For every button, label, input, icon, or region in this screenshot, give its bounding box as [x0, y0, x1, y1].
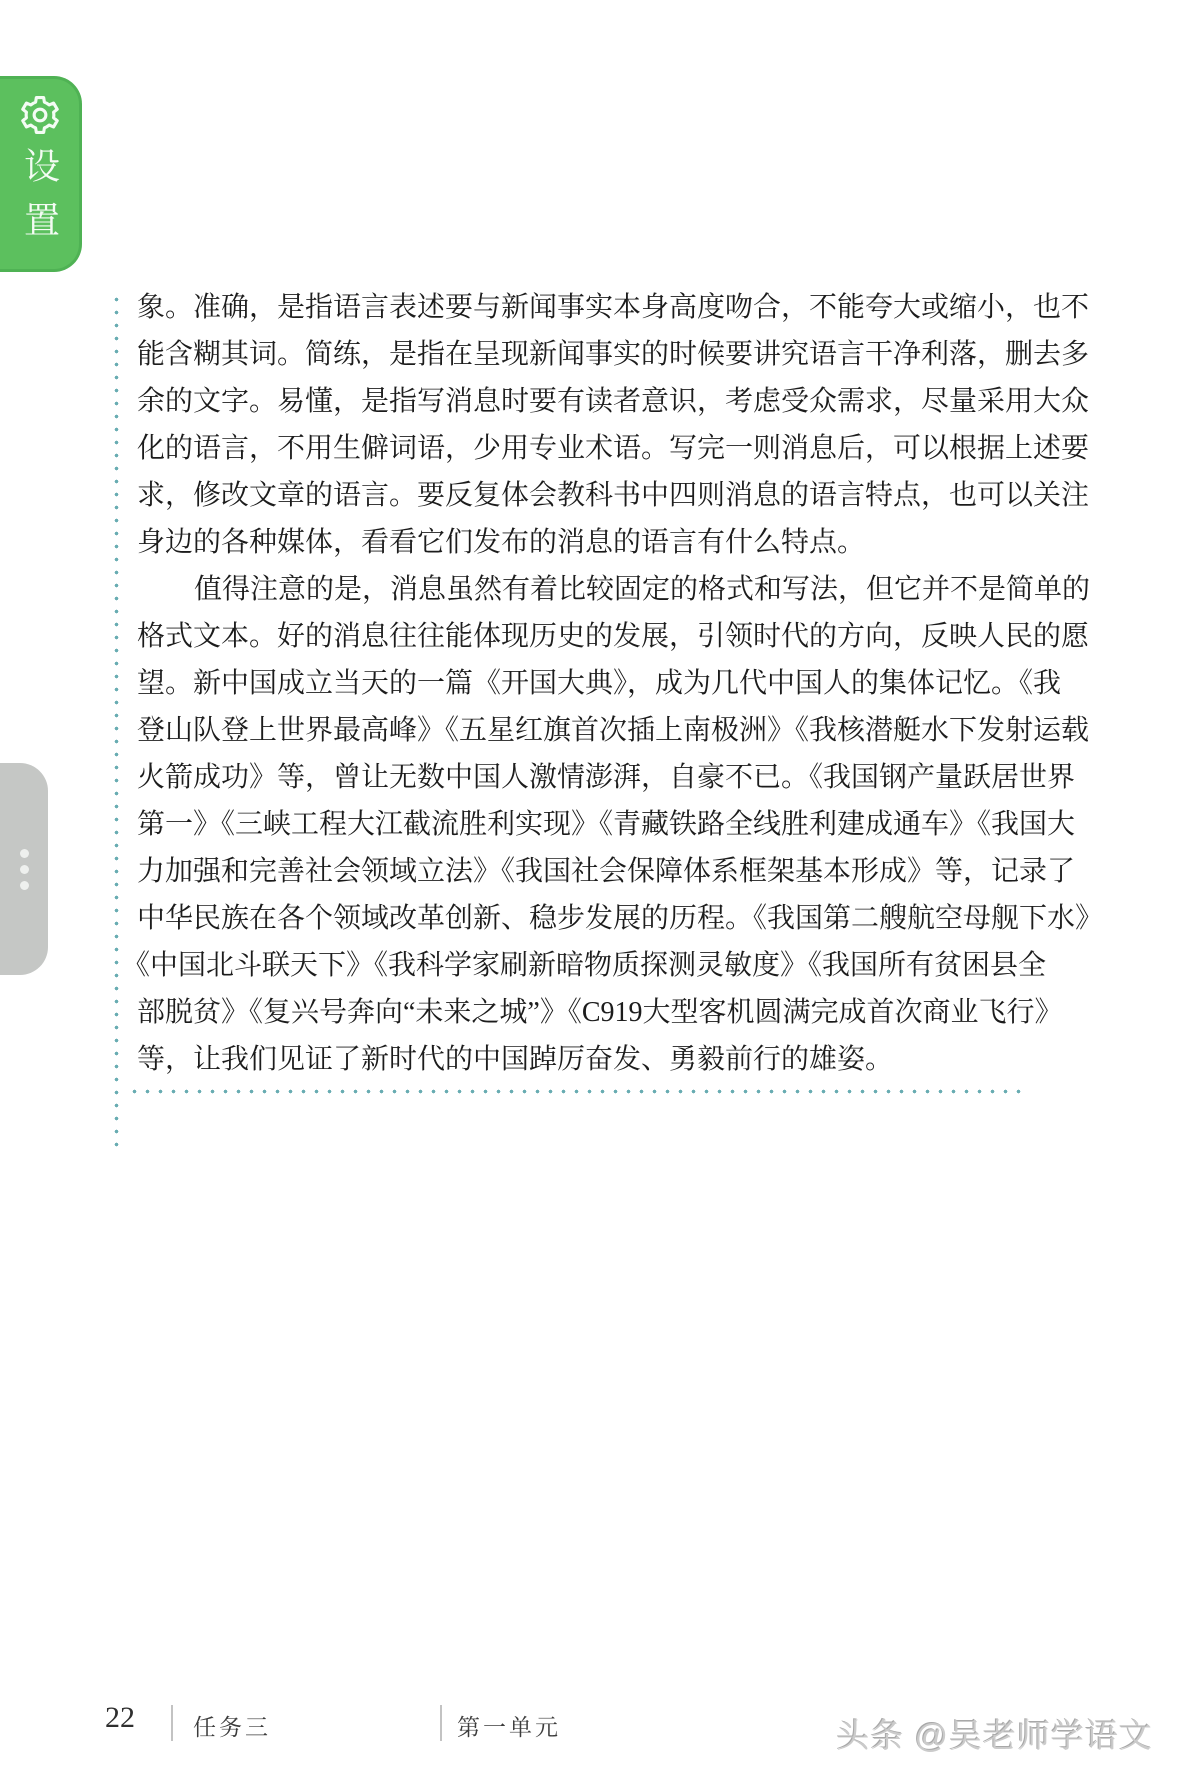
body-text-line: 部脱贫》《复兴号奔向“未来之城”》《C919大型客机圆满完成首次商业飞行》: [137, 989, 1000, 1036]
settings-button-label: 设置: [22, 147, 58, 255]
body-text-line: 火箭成功》等，曾让无数中国人激情澎湃，自豪不已。《我国钢产量跃居世界: [137, 754, 1000, 801]
body-text-line: 望。新中国成立当天的一篇《开国大典》，成为几代中国人的集体记忆。《我: [137, 660, 1000, 707]
gear-icon: [18, 93, 62, 137]
body-text-line: 《中国北斗联天下》《我科学家刷新暗物质探测灵敏度》《我国所有贫困县全: [122, 942, 1000, 989]
footer-unit-label: 第一单元: [457, 1709, 561, 1742]
body-text-line: 能含糊其词。简练，是指在呈现新闻事实的时候要讲究语言干净利落，删去多: [137, 331, 1000, 378]
body-text-line: 余的文字。易懂，是指写消息时要有读者意识，考虑受众需求，尽量采用大众: [137, 378, 1000, 425]
body-text-line: 力加强和完善社会领域立法》《我国社会保障体系框架基本形成》等，记录了: [137, 848, 1000, 895]
horizontal-dotted-rule: [128, 1089, 1026, 1094]
body-text-line: 象。准确，是指语言表述要与新闻事实本身高度吻合，不能夸大或缩小，也不: [137, 284, 1000, 331]
footer-section-label: 任务三: [193, 1709, 271, 1742]
vertical-dotted-rule: [114, 293, 119, 1155]
drag-dot-icon: [20, 865, 29, 874]
watermark: 头条 @吴老师学语文: [836, 1710, 1153, 1757]
body-text-line: 求，修改文章的语言。要反复体会教科书中四则消息的语言特点，也可以关注: [137, 472, 1000, 519]
drag-dot-icon: [20, 849, 29, 858]
drag-dot-icon: [20, 881, 29, 890]
body-text: 象。准确，是指语言表述要与新闻事实本身高度吻合，不能夸大或缩小，也不能含糊其词。…: [137, 284, 1000, 1083]
body-text-line: 第一》《三峡工程大江截流胜利实现》《青藏铁路全线胜利建成通车》《我国大: [137, 801, 1000, 848]
body-text-line: 值得注意的是，消息虽然有着比较固定的格式和写法，但它并不是简单的: [137, 566, 1000, 613]
side-drag-handle[interactable]: [0, 763, 48, 975]
footer-divider: [440, 1705, 442, 1741]
body-text-line: 化的语言，不用生僻词语，少用专业术语。写完一则消息后，可以根据上述要: [137, 425, 1000, 472]
body-text-line: 等，让我们见证了新时代的中国踔厉奋发、勇毅前行的雄姿。: [137, 1036, 1000, 1083]
page-number: 22: [105, 1701, 135, 1735]
body-text-line: 中华民族在各个领域改革创新、稳步发展的历程。《我国第二艘航空母舰下水》: [137, 895, 1000, 942]
footer-divider: [171, 1705, 173, 1741]
settings-button[interactable]: 设置: [0, 76, 82, 272]
body-text-line: 身边的各种媒体，看看它们发布的消息的语言有什么特点。: [137, 519, 1000, 566]
body-text-line: 登山队登上世界最高峰》《五星红旗首次插上南极洲》《我核潜艇水下发射运载: [137, 707, 1000, 754]
body-text-line: 格式文本。好的消息往往能体现历史的发展，引领时代的方向，反映人民的愿: [137, 613, 1000, 660]
